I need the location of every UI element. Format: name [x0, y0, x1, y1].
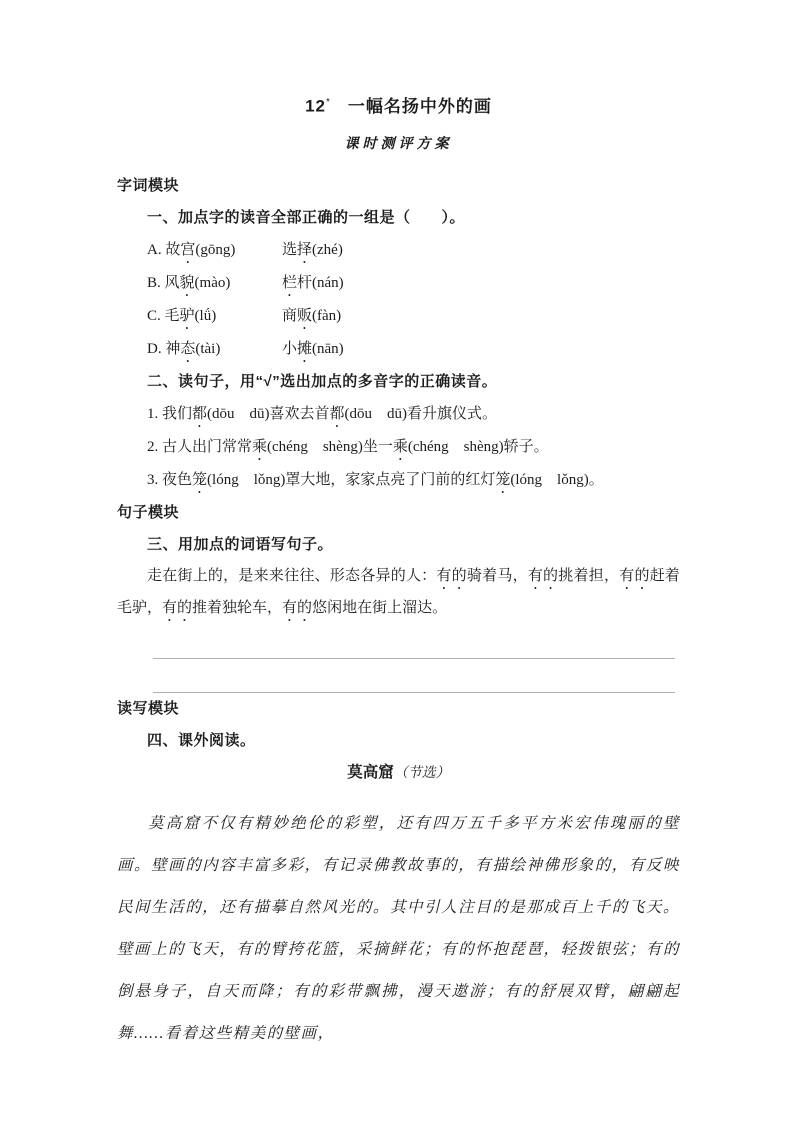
answer-line-2 — [153, 659, 675, 693]
polyphone-item-1: 1. 我们都(dōu dū)喜欢去首都(dōu dū)看升旗仪式。 — [117, 398, 680, 431]
option-b-word-1: B. 风貌(mào) — [147, 267, 282, 300]
polyphone-item-3: 3. 夜色笼(lóng lǒng)罩大地，家家点亮了门前的红灯笼(lóng lǒ… — [117, 464, 680, 497]
passage-title-note: （节选） — [394, 766, 450, 781]
answer-area — [117, 629, 680, 693]
passage-text: 莫高窟不仅有精妙绝伦的彩塑，还有四万五千多平方米宏伟瑰丽的壁画。壁画的内容丰富多… — [117, 803, 680, 1055]
question-1-prompt: 一、加点字的读音全部正确的一组是（ ）。 — [117, 202, 680, 234]
question-2-prompt: 二、读句子，用“√”选出加点的多音字的正确读音。 — [117, 366, 680, 398]
passage-heading: 莫高窟（节选） — [117, 757, 680, 790]
module-heading-word: 字词模块 — [117, 170, 680, 202]
option-d-word-2: 小摊(nān) — [282, 333, 344, 366]
option-row-d: D. 神态(tài) 小摊(nān) — [117, 333, 680, 366]
polyphone-item-2: 2. 古人出门常常乘(chéng shèng)坐一乘(chéng shèng)轿… — [117, 431, 680, 464]
option-a-word-1: A. 故宫(gōng) — [147, 234, 282, 267]
option-c-word-1: C. 毛驴(lǘ) — [147, 300, 282, 333]
lesson-star: * — [326, 97, 330, 108]
lesson-number: 12 — [305, 97, 326, 116]
module-heading-sentence: 句子模块 — [117, 497, 680, 529]
option-b-word-2: 栏杆(nán) — [282, 267, 344, 300]
option-row-c: C. 毛驴(lǘ) 商贩(fàn) — [117, 300, 680, 333]
answer-line-1 — [153, 629, 675, 659]
option-d-word-1: D. 神态(tài) — [147, 333, 282, 366]
module-heading-reading: 读写模块 — [117, 693, 680, 725]
option-row-b: B. 风貌(mào) 栏杆(nán) — [117, 267, 680, 300]
sentence-paragraph: 走在街上的，是来来往往、形态各异的人：有的骑着马，有的挑着担，有的赶着毛驴，有的… — [117, 561, 680, 625]
question-3-prompt: 三、用加点的词语写句子。 — [117, 529, 680, 561]
question-4-prompt: 四、课外阅读。 — [117, 725, 680, 757]
lesson-title-text: 一幅名扬中外的画 — [348, 97, 492, 116]
passage-title: 莫高窟 — [347, 764, 394, 781]
worksheet-page: 12*一幅名扬中外的画 课时测评方案 字词模块 一、加点字的读音全部正确的一组是… — [0, 0, 793, 1122]
option-a-word-2: 选择(zhé) — [282, 234, 343, 267]
course-subtitle: 课时测评方案 — [117, 134, 680, 156]
option-c-word-2: 商贩(fàn) — [282, 300, 341, 333]
page-title: 12*一幅名扬中外的画 — [117, 90, 680, 120]
option-row-a: A. 故宫(gōng) 选择(zhé) — [117, 234, 680, 267]
